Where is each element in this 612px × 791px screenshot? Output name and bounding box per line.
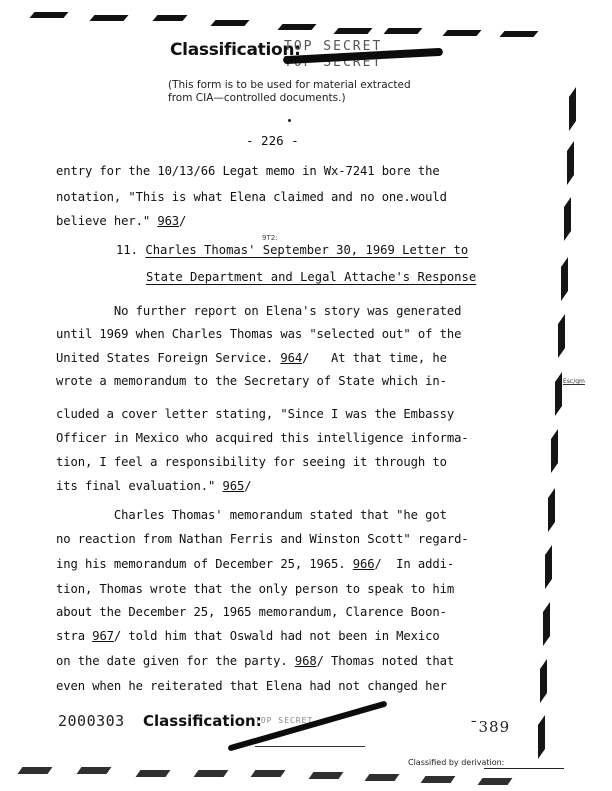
p1-line-2: notation, "This is what Elena claimed an… xyxy=(56,190,447,204)
section-title-line-1: Charles Thomas' September 30, 1969 Lette… xyxy=(145,243,468,257)
p3-line-7-text: on the date given for the party. xyxy=(56,654,295,668)
p2-line-2: until 1969 when Charles Thomas was "sele… xyxy=(56,327,461,341)
section-heading-line-1: 11. Charles Thomas' September 30, 1969 L… xyxy=(116,243,468,257)
footnote-967: 967 xyxy=(92,629,114,643)
p3-line-5: about the December 25, 1965 memorandum, … xyxy=(56,605,447,619)
p3-line-7: on the date given for the party. 968/ Th… xyxy=(56,654,454,668)
document-id: 2000303 xyxy=(58,712,125,730)
margin-note-right: Esc/gm xyxy=(563,378,585,385)
document-page: Classification: TOP SECRET TOP SECRET (T… xyxy=(0,0,612,791)
p2-line-3: United States Foreign Service. 964/ At t… xyxy=(56,351,447,365)
p2-line-6: Officer in Mexico who acquired this inte… xyxy=(56,431,469,445)
p3-line-3-rest: / In addi- xyxy=(374,557,454,571)
p2-line-3-rest: / At that time, he xyxy=(302,351,447,365)
p3-line-6-rest: / told him that Oswald had not been in M… xyxy=(114,629,440,643)
p2-line-8-text: its final evaluation." xyxy=(56,479,222,493)
derivation-line xyxy=(484,768,564,769)
p2-line-5: cluded a cover letter stating, "Since I … xyxy=(56,407,454,421)
p2-line-8: its final evaluation." 965/ xyxy=(56,479,251,493)
p1-line-1: entry for the 10/13/66 Legat memo in Wx-… xyxy=(56,164,440,178)
classification-label-bottom: Classification: xyxy=(143,712,262,730)
p3-line-3: ing his memorandum of December 25, 1965.… xyxy=(56,557,454,571)
footnote-965: 965 xyxy=(222,479,244,493)
p3-line-4: tion, Thomas wrote that the only person … xyxy=(56,582,454,596)
page-reference: ¯389 xyxy=(470,718,510,736)
section-number: 11. xyxy=(116,243,138,257)
p3-line-3-text: ing his memorandum of December 25, 1965. xyxy=(56,557,353,571)
page-reference-number: 389 xyxy=(479,718,511,736)
p3-line-6: stra 967/ told him that Oswald had not b… xyxy=(56,629,440,643)
p3-line-6-text: stra xyxy=(56,629,92,643)
p1-line-3-text: believe her." xyxy=(56,214,157,228)
page-number: - 226 - xyxy=(246,133,299,148)
footnote-968: 968 xyxy=(295,654,317,668)
footnote-963: 963 xyxy=(157,214,179,228)
p2-line-1: No further report on Elena's story was g… xyxy=(56,304,461,318)
classification-underline xyxy=(255,746,365,747)
p3-line-1: Charles Thomas' memorandum stated that "… xyxy=(56,508,447,522)
derivation-label: Classified by derivation: xyxy=(408,758,504,767)
form-note-line-1: (This form is to be used for material ex… xyxy=(168,79,411,92)
section-heading-line-2: State Department and Legal Attache's Res… xyxy=(146,270,476,284)
p3-line-7-rest: / Thomas noted that xyxy=(317,654,455,668)
p2-line-3-text: United States Foreign Service. xyxy=(56,351,280,365)
dot-mark xyxy=(288,119,291,122)
section-title-line-2: State Department and Legal Attache's Res… xyxy=(146,270,476,284)
footnote-964: 964 xyxy=(280,351,302,365)
p2-line-4: wrote a memorandum to the Secretary of S… xyxy=(56,374,447,388)
p3-line-2: no reaction from Nathan Ferris and Winst… xyxy=(56,532,469,546)
p2-line-7: tion, I feel a responsibility for seeing… xyxy=(56,455,447,469)
p1-line-3: believe her." 963/ xyxy=(56,214,186,228)
p3-line-8: even when he reiterated that Elena had n… xyxy=(56,679,447,693)
margin-scribble: 9T2: xyxy=(262,234,278,242)
form-note: (This form is to be used for material ex… xyxy=(168,79,411,105)
form-note-line-2: from CIA—controlled documents.) xyxy=(168,92,411,105)
footnote-966: 966 xyxy=(353,557,375,571)
